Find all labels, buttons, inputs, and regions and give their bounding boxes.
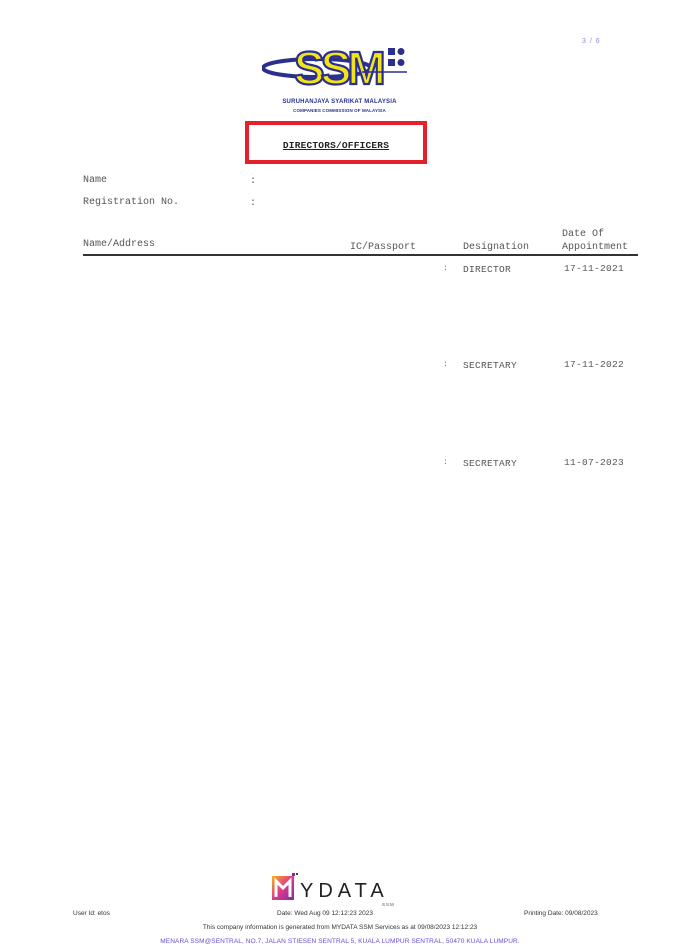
row-designation: SECRETARY <box>463 458 517 469</box>
name-label: Name <box>83 175 107 186</box>
logo-caption-english: COMPANIES COMMISSION OF MALAYSIA <box>262 108 417 113</box>
svg-text:YDATA: YDATA <box>300 880 389 902</box>
row-separator: : <box>443 458 448 467</box>
logo-caption-malay: SURUHANJAYA SYARIKAT MALAYSIA <box>262 99 417 105</box>
registration-colon: : <box>250 198 256 209</box>
row-designation: DIRECTOR <box>463 264 511 275</box>
row-date: 17-11-2021 <box>564 263 624 274</box>
header-date-line1: Date Of <box>562 228 604 241</box>
footer-user-id: User Id: etos <box>73 910 110 917</box>
ssm-logo: SSM <box>262 40 412 95</box>
footer-generated-note: This company information is generated fr… <box>90 924 590 931</box>
footer-address: MENARA SSM@SENTRAL, NO.7, JALAN STIESEN … <box>90 938 590 945</box>
header-name-address: Name/Address <box>83 238 155 251</box>
page-number: 3 / 6 <box>582 38 601 45</box>
name-colon: : <box>250 176 256 187</box>
header-ic-passport: IC/Passport <box>350 241 416 254</box>
mydata-logo: YDATA SSM <box>272 873 402 908</box>
header-designation: Designation <box>463 241 529 254</box>
ssm-logo-icon: SSM <box>262 40 412 95</box>
header-date-line2: Appointment <box>562 241 628 254</box>
mydata-logo-icon: YDATA SSM <box>272 873 402 908</box>
section-title: DIRECTORS/OFFICERS <box>245 140 427 151</box>
row-date: 17-11-2022 <box>564 359 624 370</box>
registration-label: Registration No. <box>83 197 179 208</box>
footer-printing-date: Printing Date: 09/08/2023 <box>524 910 598 917</box>
row-separator: : <box>443 360 448 369</box>
row-designation: SECRETARY <box>463 360 517 371</box>
header-rule <box>83 254 638 256</box>
svg-text:SSM: SSM <box>294 42 383 94</box>
svg-text:SSM: SSM <box>382 902 395 907</box>
footer-date: Date: Wed Aug 09 12:12:23 2023 <box>277 910 373 917</box>
row-separator: : <box>443 264 448 273</box>
row-date: 11-07-2023 <box>564 457 624 468</box>
